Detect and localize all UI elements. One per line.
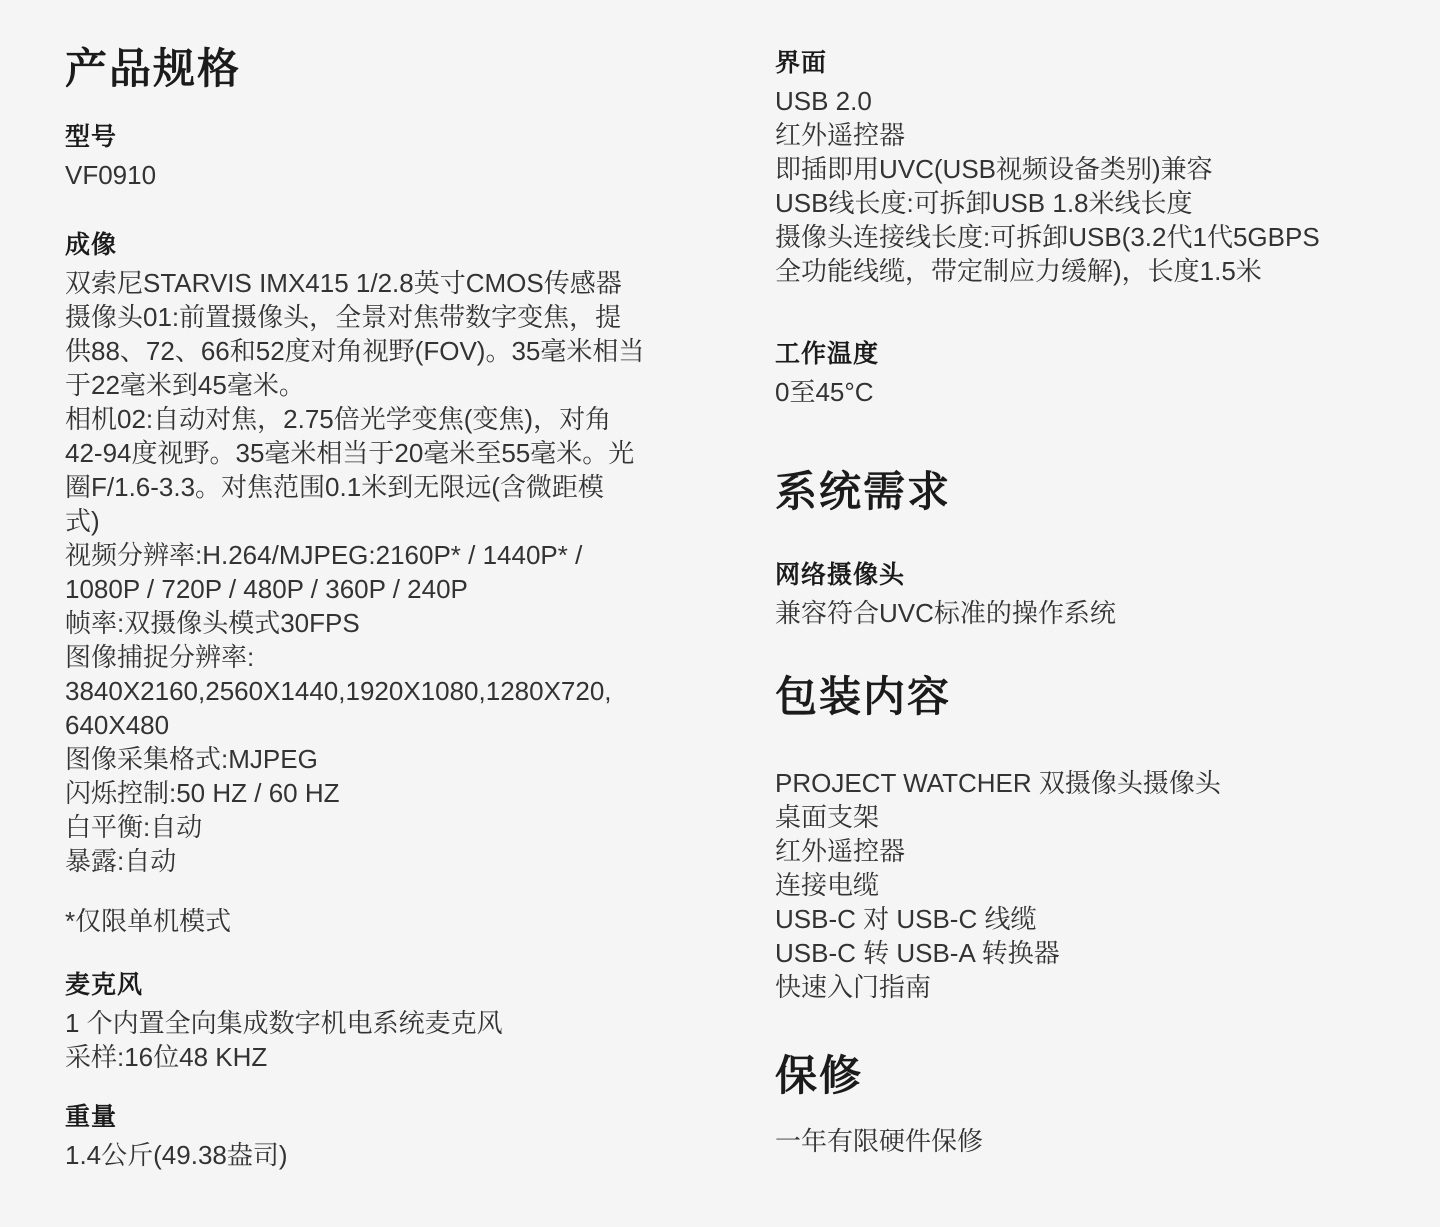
section-warranty: 一年有限硬件保修 [775,1124,1385,1158]
interface-line: 红外遥控器 [775,118,1385,152]
imaging-line: 640X480 [65,708,775,742]
imaging-line: 白平衡:自动 [65,810,775,844]
right-column: 界面 USB 2.0 红外遥控器 即插即用UVC(USB视频设备类别)兼容 US… [775,46,1385,1227]
imaging-line: 3840X2160,2560X1440,1920X1080,1280X720, [65,674,775,708]
page-title: 产品规格 [65,46,775,92]
imaging-line: 双索尼STARVIS IMX415 1/2.8英寸CMOS传感器 [65,266,775,300]
section-webcam: 网络摄像头 兼容符合UVC标准的操作系统 [775,558,1385,630]
temperature-heading: 工作温度 [775,337,1385,371]
interface-line: 摄像头连接线长度:可拆卸USB(3.2代1代5GBPS [775,220,1385,254]
microphone-heading: 麦克风 [65,968,775,1002]
section-interface: 界面 USB 2.0 红外遥控器 即插即用UVC(USB视频设备类别)兼容 US… [775,46,1385,288]
interface-heading: 界面 [775,46,1385,80]
interface-line: USB 2.0 [775,84,1385,118]
section-imaging: 成像 双索尼STARVIS IMX415 1/2.8英寸CMOS传感器 摄像头0… [65,228,775,878]
package-contents-title: 包装内容 [775,674,1385,720]
section-microphone: 麦克风 1 个内置全向集成数字机电系统麦克风 采样:16位48 KHZ [65,968,775,1074]
package-item: 连接电缆 [775,868,1385,902]
warranty-title: 保修 [775,1053,1385,1099]
imaging-line: 于22毫米到45毫米。 [65,368,775,402]
weight-value: 1.4公斤(49.38盎司) [65,1138,775,1172]
interface-line: 即插即用UVC(USB视频设备类别)兼容 [775,152,1385,186]
weight-heading: 重量 [65,1100,775,1134]
imaging-line: 图像采集格式:MJPEG [65,742,775,776]
system-requirements-title: 系统需求 [775,469,1385,515]
standalone-mode-footnote: *仅限单机模式 [65,904,775,938]
section-operating-temperature: 工作温度 0至45°C [775,337,1385,409]
imaging-line: 供88、72、66和52度对角视野(FOV)。35毫米相当 [65,334,775,368]
microphone-line: 采样:16位48 KHZ [65,1040,775,1074]
imaging-line: 式) [65,504,775,538]
warranty-line: 一年有限硬件保修 [775,1124,1385,1158]
imaging-line: 视频分辨率:H.264/MJPEG:2160P* / 1440P* / [65,538,775,572]
model-heading: 型号 [65,120,775,154]
imaging-line: 圈F/1.6-3.3。对焦范围0.1米到无限远(含微距模 [65,470,775,504]
imaging-line: 闪烁控制:50 HZ / 60 HZ [65,776,775,810]
product-spec-sheet: 产品规格 型号 VF0910 成像 双索尼STARVIS IMX415 1/2.… [0,0,1440,1227]
package-item: 红外遥控器 [775,834,1385,868]
imaging-heading: 成像 [65,228,775,262]
left-column: 产品规格 型号 VF0910 成像 双索尼STARVIS IMX415 1/2.… [0,46,775,1227]
package-item: USB-C 转 USB-A 转换器 [775,936,1385,970]
imaging-line: 相机02:自动对焦，2.75倍光学变焦(变焦)，对角 [65,402,775,436]
temperature-value: 0至45°C [775,375,1385,409]
webcam-heading: 网络摄像头 [775,558,1385,592]
interface-line: USB线长度:可拆卸USB 1.8米线长度 [775,186,1385,220]
imaging-line: 帧率:双摄像头模式30FPS [65,606,775,640]
imaging-line: 1080P / 720P / 480P / 360P / 240P [65,572,775,606]
section-model: 型号 VF0910 [65,120,775,192]
package-item: 快速入门指南 [775,970,1385,1004]
interface-line: 全功能线缆，带定制应力缓解)，长度1.5米 [775,254,1385,288]
imaging-line: 摄像头01:前置摄像头，全景对焦带数字变焦，提 [65,300,775,334]
webcam-line: 兼容符合UVC标准的操作系统 [775,596,1385,630]
package-item: 桌面支架 [775,800,1385,834]
section-weight: 重量 1.4公斤(49.38盎司) [65,1100,775,1172]
imaging-line: 暴露:自动 [65,844,775,878]
package-item: PROJECT WATCHER 双摄像头摄像头 [775,766,1385,800]
section-package-contents: PROJECT WATCHER 双摄像头摄像头 桌面支架 红外遥控器 连接电缆 … [775,766,1385,1004]
imaging-line: 42-94度视野。35毫米相当于20毫米至55毫米。光 [65,436,775,470]
package-item: USB-C 对 USB-C 线缆 [775,902,1385,936]
model-value: VF0910 [65,158,775,192]
imaging-line: 图像捕捉分辨率: [65,640,775,674]
microphone-line: 1 个内置全向集成数字机电系统麦克风 [65,1006,775,1040]
